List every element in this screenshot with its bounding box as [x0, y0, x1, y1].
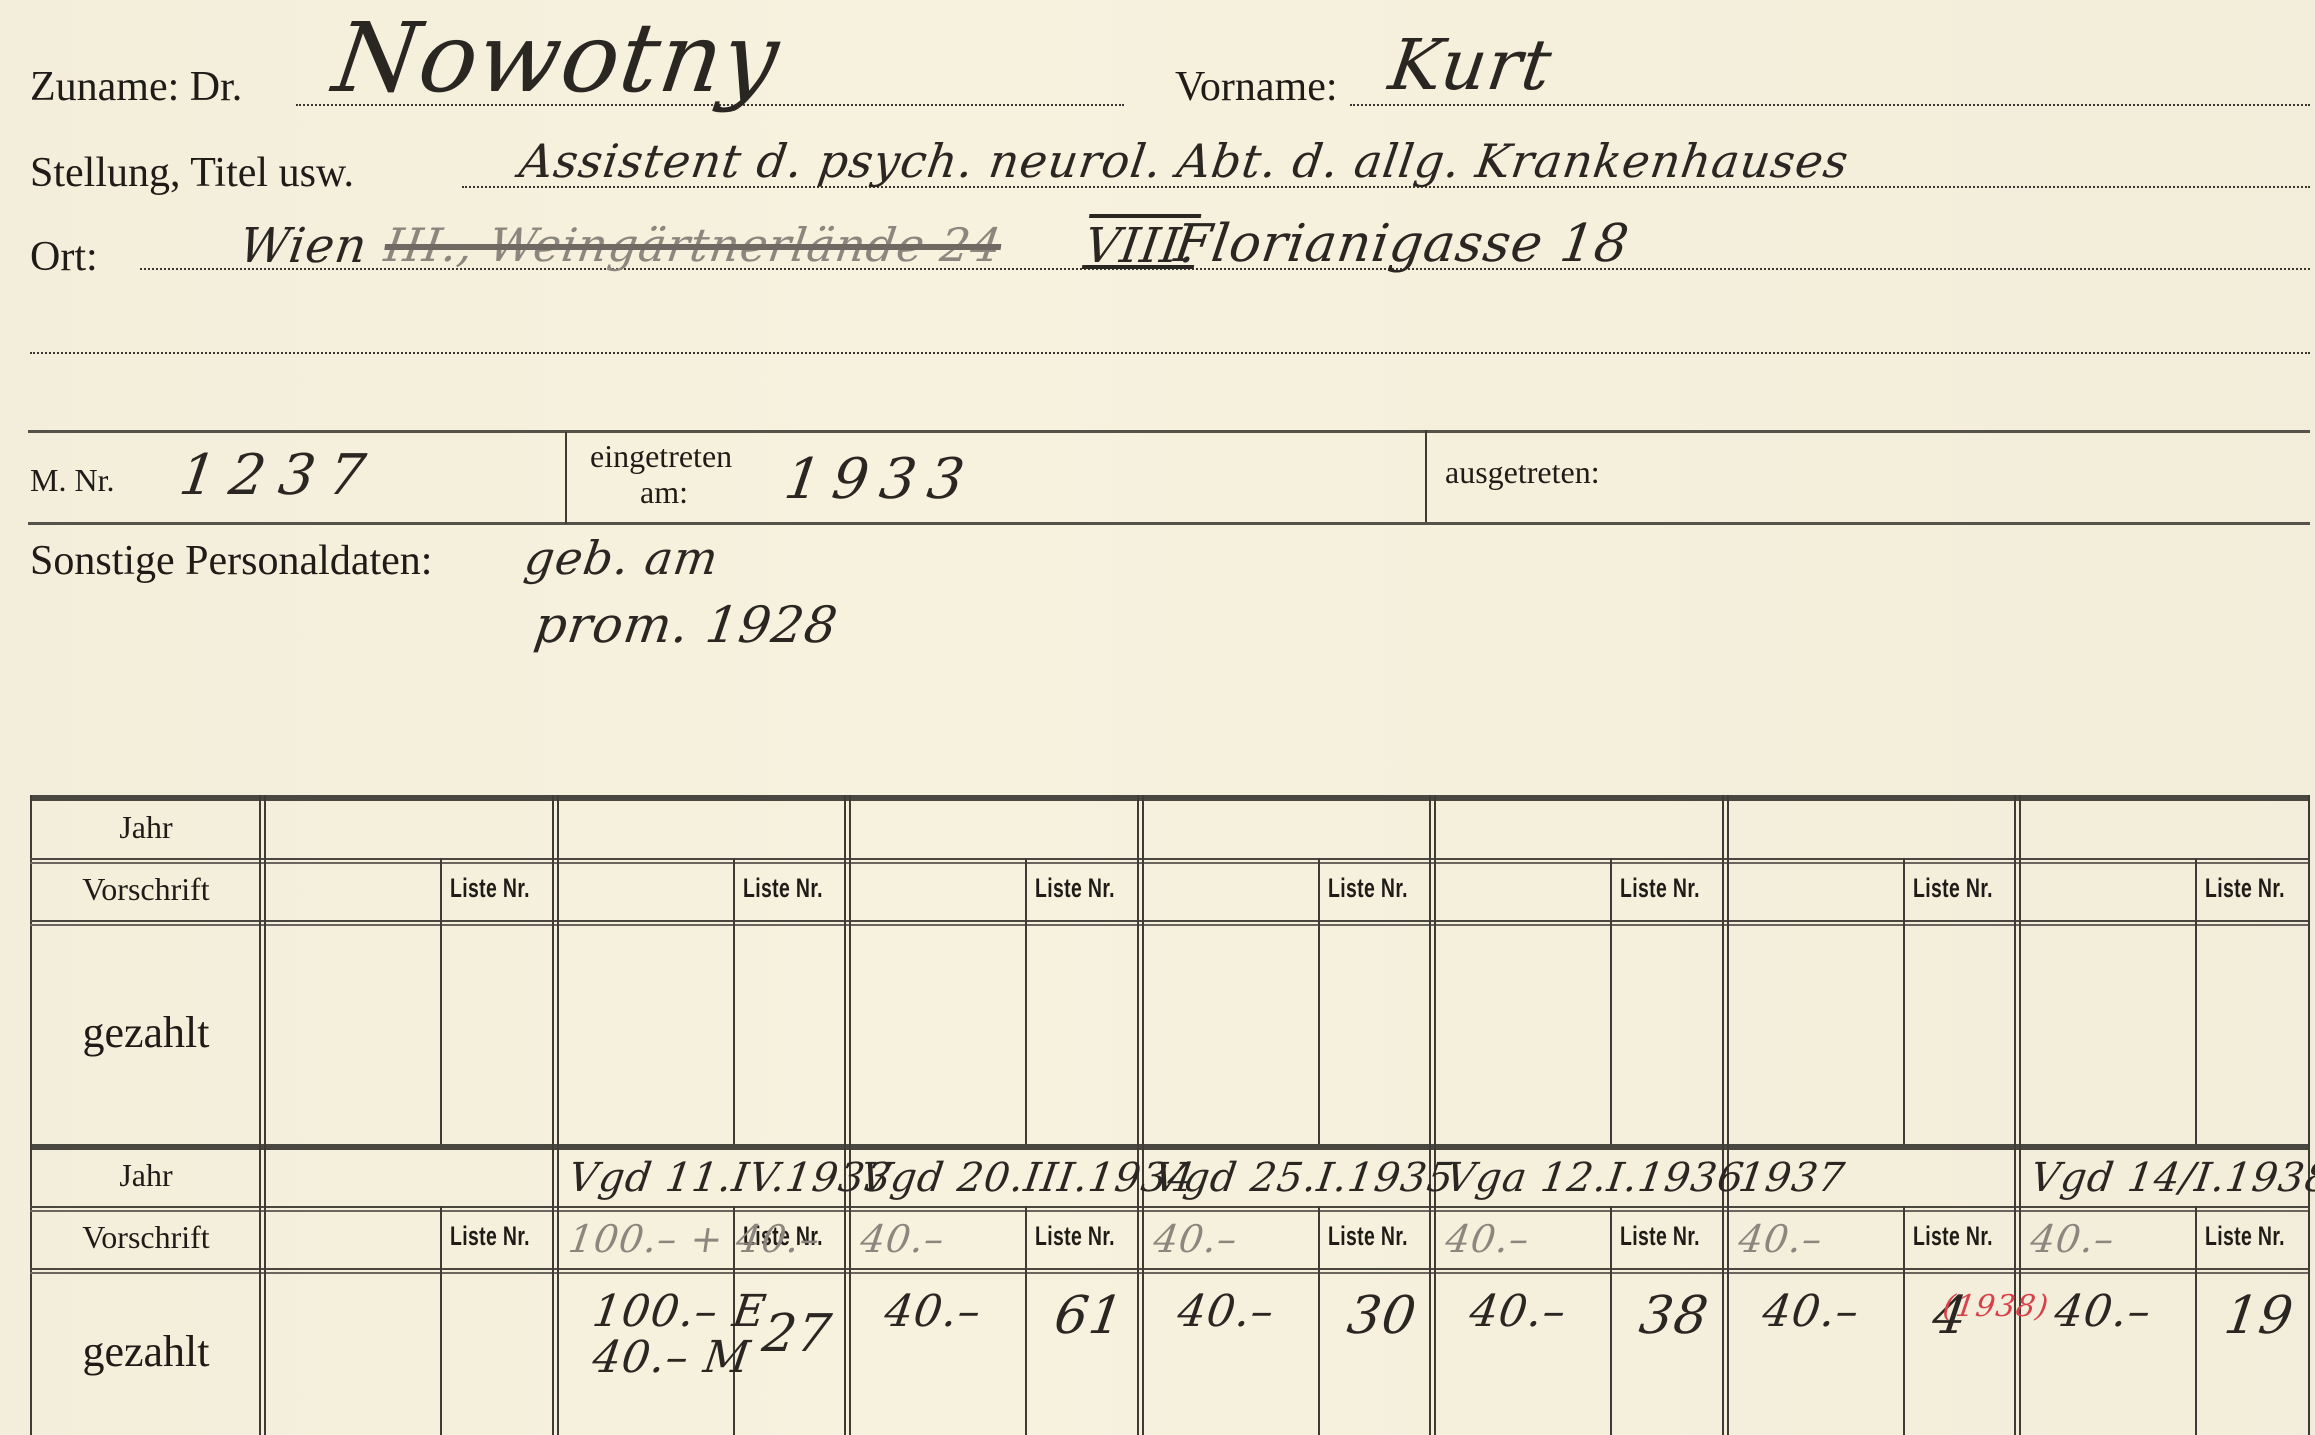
upper_table-col-1-divider: [552, 795, 559, 1146]
lower_table-col-3-liste-divider: [1025, 1206, 1027, 1435]
vorname-label: Vorname:: [1175, 66, 1338, 108]
upper_table-col-2-liste-header: Liste Nr.: [743, 873, 823, 904]
lower_table-col-1-liste-header: Liste Nr.: [450, 1221, 530, 1252]
upper_table-col-6-divider: [2014, 795, 2021, 1146]
upper_table-left-border: [30, 795, 32, 1146]
upper_table-col-7-liste-divider: [2195, 858, 2197, 1146]
lower_table-col-4-vorschrift-value[interactable]: 40.–: [1151, 1220, 1240, 1258]
lower_table-col-2-gezahlt-value-2[interactable]: 40.– M: [589, 1336, 752, 1380]
mnr-value[interactable]: 1237: [176, 448, 382, 504]
lower_table-col-5-vorschrift-value[interactable]: 40.–: [1443, 1220, 1532, 1258]
upper_table-col-4-liste-divider: [1318, 858, 1320, 1146]
membership-top-rule: [28, 430, 2310, 433]
lower_table-col-7-liste-value[interactable]: 19: [2221, 1290, 2296, 1342]
lower_table-col-6-vorschrift-value[interactable]: 40.–: [1736, 1220, 1825, 1258]
lower_table-col-6-jahr-value[interactable]: 1937: [1736, 1158, 1847, 1198]
upper_table-jahr-separator: [30, 858, 2308, 864]
lower_table-col-6-liste-divider: [1903, 1206, 1905, 1435]
lower_table-col-2-gezahlt-value[interactable]: 100.– E: [589, 1290, 768, 1334]
upper_table-top-rule: [30, 795, 2308, 801]
lower_table-col-3-liste-value[interactable]: 61: [1051, 1290, 1126, 1342]
upper_table-col-5-divider: [1722, 795, 1729, 1146]
blank-address-line: [30, 352, 2310, 354]
lower_table-gezahlt-label: gezahlt: [30, 1326, 262, 1377]
upper_table-col-5-liste-header: Liste Nr.: [1620, 873, 1700, 904]
lower_table-col-7-jahr-value[interactable]: Vgd 14/I.1938: [2028, 1158, 2315, 1198]
lower_table-col-6-liste-note[interactable]: (1938): [1940, 1292, 2050, 1322]
lower_table-col-5-liste-header: Liste Nr.: [1620, 1221, 1700, 1252]
lower_table-jahr-separator: [30, 1206, 2308, 1212]
upper_table-col-3-liste-divider: [1025, 858, 1027, 1146]
lower_table-col-2-liste-value[interactable]: 27: [759, 1308, 834, 1360]
lower_table-vorschrift-label: Vorschrift: [30, 1219, 262, 1256]
upper_table-jahr-label: Jahr: [30, 809, 262, 846]
personal-label: Sonstige Personaldaten:: [30, 540, 432, 582]
lower_table-vorschrift-separator: [30, 1268, 2308, 1274]
upper_table-col-4-divider: [1429, 795, 1436, 1146]
eingetreten-am-label: am:: [640, 476, 688, 508]
lower_table-col-7-gezahlt-value[interactable]: 40.–: [2052, 1290, 2154, 1334]
lower_table-col-5-gezahlt-value[interactable]: 40.–: [1467, 1290, 1569, 1334]
membership-divider-1: [565, 432, 567, 524]
upper_table-gezahlt-label: gezahlt: [30, 1007, 262, 1058]
eingetreten-value[interactable]: 1933: [781, 452, 979, 508]
upper_table-col-6-liste-header: Liste Nr.: [1913, 873, 1993, 904]
upper_table-col-5-liste-divider: [1610, 858, 1612, 1146]
lower_table-col-3-gezahlt-value[interactable]: 40.–: [882, 1290, 984, 1334]
personal-birth[interactable]: geb. am: [522, 535, 722, 581]
lower_table-col-3-liste-header: Liste Nr.: [1035, 1221, 1115, 1252]
lower_table-col-1-divider: [552, 1144, 559, 1435]
upper_table-col-7-liste-header: Liste Nr.: [2205, 873, 2285, 904]
upper_table-col-1-liste-divider: [440, 858, 442, 1146]
upper_table-col-3-divider: [1137, 795, 1144, 1146]
lower_table-col-4-liste-divider: [1318, 1206, 1320, 1435]
stellung-value[interactable]: Assistent d. psych. neurol. Abt. d. allg…: [517, 138, 1852, 184]
lower_table-col-1-liste-divider: [440, 1206, 442, 1435]
upper_table-col-3-liste-header: Liste Nr.: [1035, 873, 1115, 904]
lower_table-jahr-label: Jahr: [30, 1157, 262, 1194]
upper_table-vorschrift-label: Vorschrift: [30, 871, 262, 908]
membership-divider-2: [1425, 430, 1427, 522]
lower_table-col-7-liste-header: Liste Nr.: [2205, 1221, 2285, 1252]
upper_table-vorschrift-separator: [30, 920, 2308, 926]
lower_table-col-5-jahr-value[interactable]: Vga 12.I.1936: [1443, 1158, 1747, 1198]
membership-bottom-rule: [28, 522, 2310, 525]
lower_table-col-6-liste-header: Liste Nr.: [1913, 1221, 1993, 1252]
upper_table-col-2-divider: [844, 795, 851, 1146]
lower_table-label-col-divider: [259, 1144, 266, 1435]
upper_table-col-2-liste-divider: [733, 858, 735, 1146]
lower_table-col-3-jahr-value[interactable]: Vgd 20.III.1934: [858, 1158, 1197, 1198]
ort-value-city[interactable]: Wien: [237, 222, 371, 270]
lower_table-col-2-vorschrift-value[interactable]: 100.– + 40.–: [566, 1220, 822, 1258]
lower_table-col-4-liste-header: Liste Nr.: [1328, 1221, 1408, 1252]
upper_table-col-4-liste-header: Liste Nr.: [1328, 873, 1408, 904]
lower_table-col-2-jahr-value[interactable]: Vgd 11.IV.1933: [566, 1158, 894, 1198]
zuname-value[interactable]: Nowotny: [328, 10, 785, 106]
lower_table-col-5-liste-value[interactable]: 38: [1636, 1290, 1711, 1342]
lower_table-col-7-vorschrift-value[interactable]: 40.–: [2028, 1220, 2117, 1258]
upper_table-label-col-divider: [259, 795, 266, 1146]
ort-value-street[interactable]: Florianigasse 18: [1171, 218, 1632, 270]
stellung-label: Stellung, Titel usw.: [30, 152, 354, 194]
ort-label: Ort:: [30, 236, 98, 278]
lower_table-col-4-gezahlt-value[interactable]: 40.–: [1174, 1290, 1276, 1334]
upper_table-col-1-liste-header: Liste Nr.: [450, 873, 530, 904]
vorname-value[interactable]: Kurt: [1385, 30, 1556, 100]
zuname-label: Zuname: Dr.: [30, 66, 242, 108]
eingetreten-label: eingetreten: [590, 440, 732, 472]
lower_table-col-7-liste-divider: [2195, 1206, 2197, 1435]
ausgetreten-label: ausgetreten:: [1445, 456, 1600, 488]
ort-value-struck: III., Weingärtnerlände 24: [382, 222, 1005, 268]
lower_table-col-4-jahr-value[interactable]: Vgd 25.I.1935: [1151, 1158, 1456, 1198]
lower_table-col-6-gezahlt-value[interactable]: 40.–: [1759, 1290, 1861, 1334]
lower_table-col-5-liste-divider: [1610, 1206, 1612, 1435]
upper_table-right-border: [2308, 795, 2310, 1146]
lower_table-col-3-vorschrift-value[interactable]: 40.–: [858, 1220, 947, 1258]
lower_table-col-4-liste-value[interactable]: 30: [1344, 1290, 1419, 1342]
lower_table-top-rule: [30, 1144, 2308, 1150]
personal-promotion[interactable]: prom. 1928: [531, 600, 840, 650]
mnr-label: M. Nr.: [30, 464, 114, 496]
upper_table-col-6-liste-divider: [1903, 858, 1905, 1146]
